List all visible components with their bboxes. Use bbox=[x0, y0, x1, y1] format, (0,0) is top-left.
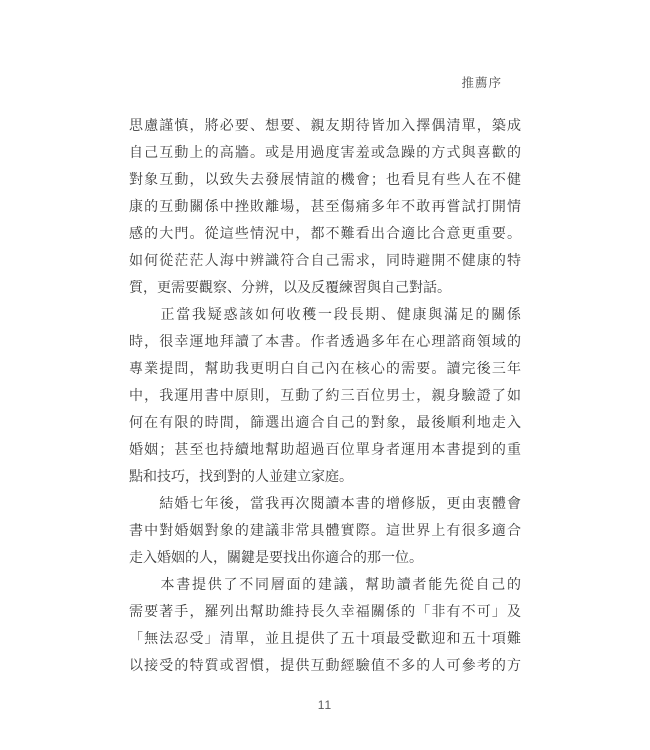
text-line: 正當我疑惑該如何收穫一段長期、健康與滿足的關係 bbox=[129, 302, 521, 329]
text-line: 思慮謹慎，將必要、想要、親友期待皆加入擇偶清單，築成 bbox=[129, 113, 521, 140]
text-line: 感的大門。從這些情況中，都不難看出合適比合意更重要。 bbox=[129, 221, 521, 248]
book-page: 推薦序 思慮謹慎，將必要、想要、親友期待皆加入擇偶清單，築成自己互動上的高牆。或… bbox=[0, 0, 650, 750]
text-line: 如何從茫茫人海中辨識符合自己需求，同時避開不健康的特 bbox=[129, 248, 521, 275]
text-line: 婚姻；甚至也持續地幫助超過百位單身者運用本書提到的重 bbox=[129, 437, 521, 464]
text-line: 「無法忍受」清單，並且提供了五十項最受歡迎和五十項難 bbox=[129, 626, 521, 653]
text-line: 何在有限的時間，篩選出適合自己的對象，最後順利地走入 bbox=[129, 410, 521, 437]
text-line: 專業提問，幫助我更明白自己內在核心的需要。讀完後三年 bbox=[129, 356, 521, 383]
text-line: 需要著手，羅列出幫助維持長久幸福關係的「非有不可」及 bbox=[129, 599, 521, 626]
text-line: 以接受的特質或習慣，提供互動經驗值不多的人可參考的方 bbox=[129, 653, 521, 680]
running-header: 推薦序 bbox=[461, 73, 502, 91]
text-line: 點和技巧，找到對的人並建立家庭。 bbox=[129, 464, 521, 491]
text-line: 自己互動上的高牆。或是用過度害羞或急躁的方式與喜歡的 bbox=[129, 140, 521, 167]
text-line: 書中對婚姻對象的建議非常具體實際。這世界上有很多適合 bbox=[129, 518, 521, 545]
text-line: 本書提供了不同層面的建議，幫助讀者能先從自己的 bbox=[129, 572, 521, 599]
body-text: 思慮謹慎，將必要、想要、親友期待皆加入擇偶清單，築成自己互動上的高牆。或是用過度… bbox=[129, 113, 521, 680]
text-line: 質，更需要觀察、分辨，以及反覆練習與自己對話。 bbox=[129, 275, 521, 302]
page-number: 11 bbox=[129, 698, 521, 712]
text-line: 對象互動，以致失去發展情誼的機會；也看見有些人在不健 bbox=[129, 167, 521, 194]
text-line: 中，我運用書中原則，互動了約三百位男士，親身驗證了如 bbox=[129, 383, 521, 410]
text-line: 結婚七年後，當我再次閱讀本書的增修版，更由衷體會 bbox=[129, 491, 521, 518]
text-line: 時，很幸運地拜讀了本書。作者透過多年在心理諮商領域的 bbox=[129, 329, 521, 356]
text-line: 康的互動關係中挫敗離場，甚至傷痛多年不敢再嘗試打開情 bbox=[129, 194, 521, 221]
text-line: 走入婚姻的人，關鍵是要找出你適合的那一位。 bbox=[129, 545, 521, 572]
